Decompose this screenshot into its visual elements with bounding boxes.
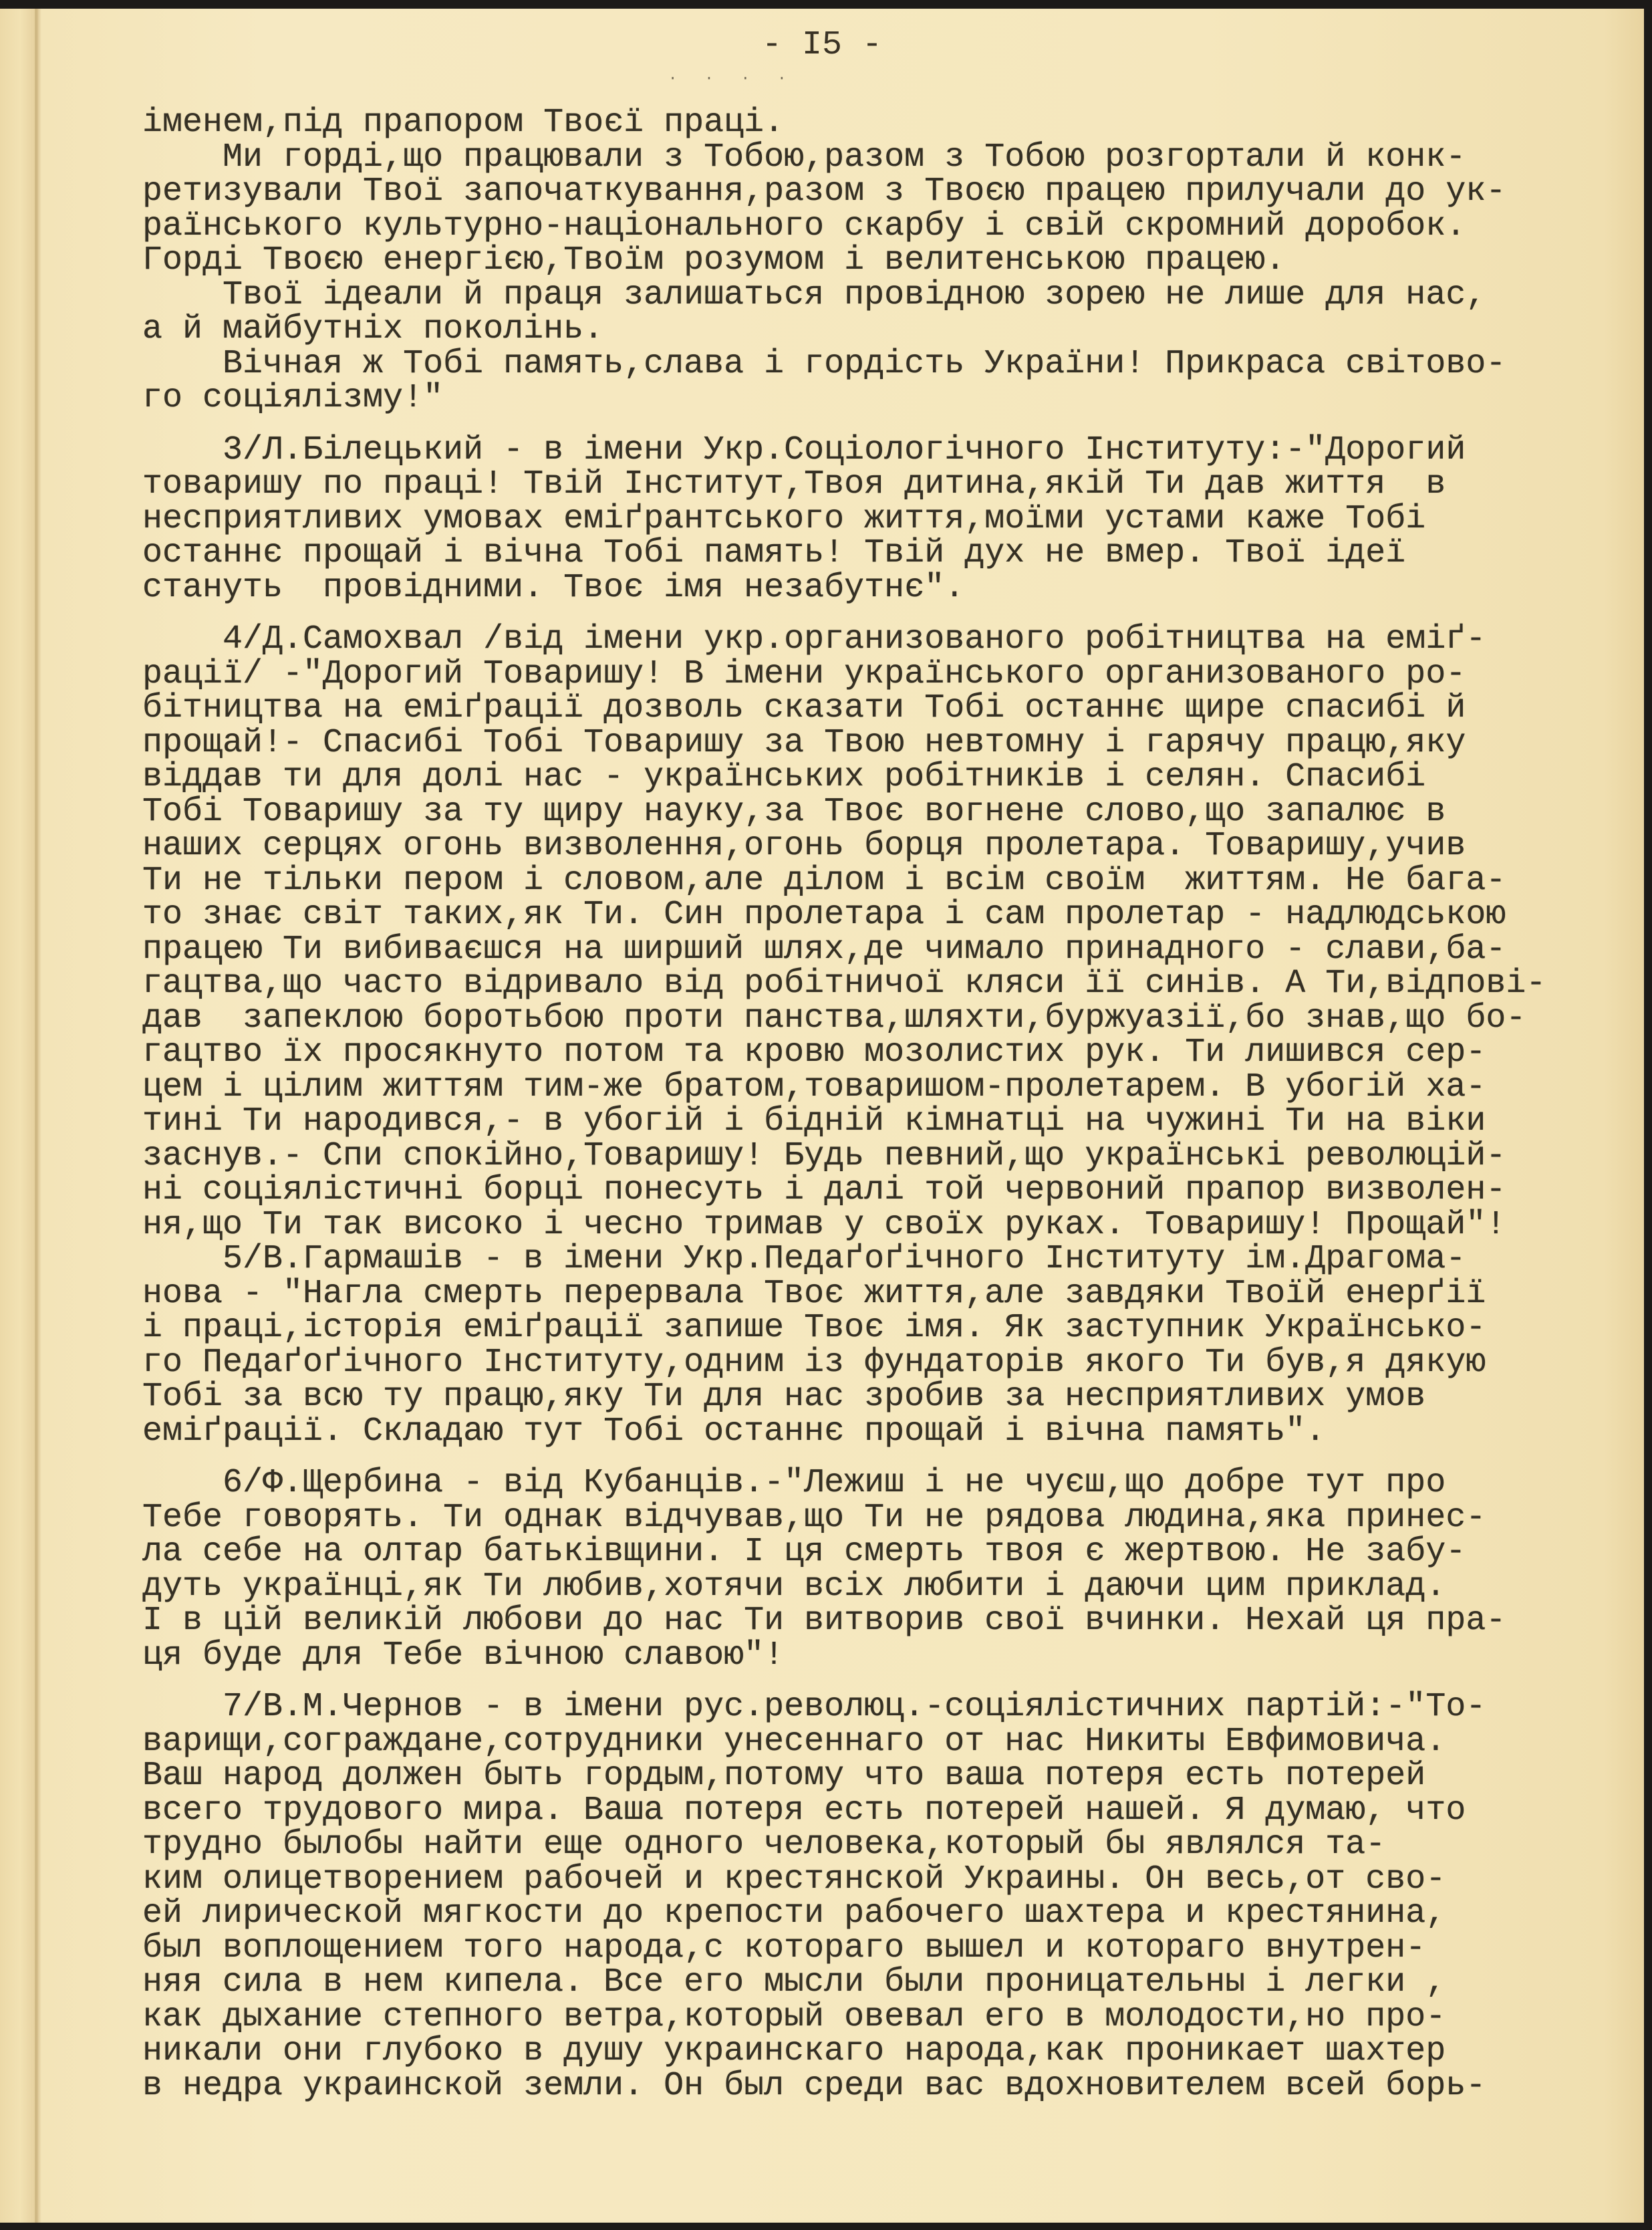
text-line: Тобі за всю ту працю,яку Ти для нас зроб… xyxy=(142,1380,1613,1414)
text-line: ця буде для Тебе вічною славою"! xyxy=(142,1638,1613,1673)
text-line: бітництва на еміґрації дозволь сказати Т… xyxy=(142,691,1613,726)
text-line: заснув.- Спи спокійно,Товаришу! Будь пев… xyxy=(142,1139,1613,1174)
text-line: дуть українці,як Ти любив,хотячи всіх лю… xyxy=(142,1570,1613,1604)
page-fold-line xyxy=(35,9,37,2223)
text-line: ким олицетворением рабочей и крестянской… xyxy=(142,1862,1613,1897)
paragraph: Вічная ж Тобі память,слава і гордість Ук… xyxy=(142,347,1613,416)
text-line: а й майбутніх поколінь. xyxy=(142,312,1613,347)
text-line: працею Ти вибиваєшся на ширший шлях,де ч… xyxy=(142,933,1613,967)
text-line: го Педаґоґічного Інституту,одним із фунд… xyxy=(142,1346,1613,1380)
text-line: то знає світ таких,як Ти. Син пролетара … xyxy=(142,898,1613,933)
paragraph: 6/Ф.Щербина - від Кубанців.-"Лежиш і не … xyxy=(142,1466,1613,1672)
text-line: ня,що Ти так високо і чесно тримав у сво… xyxy=(142,1208,1613,1243)
text-line: останнє прощай і вічна Тобі память! Твій… xyxy=(142,536,1613,571)
text-line: стануть провідними. Твоє імя незабутнє". xyxy=(142,571,1613,606)
paragraph: 3/Л.Білецький - в імени Укр.Соціологічно… xyxy=(142,433,1613,606)
paragraph: Ми горді,що працювали з Тобою,разом з То… xyxy=(142,140,1613,278)
text-line: как дыхание степного ветра,который овева… xyxy=(142,2000,1613,2035)
text-line: прощай!- Спасибі Тобі Товаришу за Твою н… xyxy=(142,726,1613,761)
text-line: 4/Д.Самохвал /від імени укр.организовано… xyxy=(142,622,1613,657)
ink-specks: · · · · xyxy=(668,70,795,87)
text-line: Ти не тільки пером і словом,але ділом і … xyxy=(142,864,1613,898)
text-line: 7/В.М.Чернов - в імени рус.революц.-соці… xyxy=(142,1690,1613,1725)
text-line: Тобі Товаришу за ту щиру науку,за Твоє в… xyxy=(142,795,1613,830)
text-line: еміґрації. Складаю тут Тобі останнє прощ… xyxy=(142,1414,1613,1449)
text-line: раїнського культурно-національного скарб… xyxy=(142,209,1613,244)
text-line: няя сила в нем кипела. Все его мысли был… xyxy=(142,1965,1613,2000)
text-line: ні соціялістичні борці понесуть і далі т… xyxy=(142,1173,1613,1208)
text-line: Твої ідеали й праця залишаться провідною… xyxy=(142,278,1613,313)
text-line: всего трудового мира. Ваша потеря есть п… xyxy=(142,1793,1613,1828)
text-line: Ваш народ должен быть гордым,потому что … xyxy=(142,1759,1613,1793)
text-line: рації/ -"Дорогий Товаришу! В імени украї… xyxy=(142,657,1613,692)
text-line: трудно былобы найти еще одного человека,… xyxy=(142,1828,1613,1862)
text-line: го соціялізму!" xyxy=(142,381,1613,416)
text-line: ей лирической мягкости до крепости рабоч… xyxy=(142,1896,1613,1931)
document-page: - I5 - · · · · іменем,під прапором Твоєї… xyxy=(0,9,1644,2223)
paragraph: іменем,під прапором Твоєї праці. xyxy=(142,106,1613,140)
text-line: 5/В.Гармашів - в імени Укр.Педаґоґічного… xyxy=(142,1242,1613,1277)
paragraph: 7/В.М.Чернов - в імени рус.революц.-соці… xyxy=(142,1690,1613,2103)
paragraph: 4/Д.Самохвал /від імени укр.организовано… xyxy=(142,622,1613,1242)
text-line: гацтва,що часто відривало від робітничої… xyxy=(142,967,1613,1001)
text-line: Ми горді,що працювали з Тобою,разом з То… xyxy=(142,140,1613,175)
text-line: никали они глубоко в душу украинскаго на… xyxy=(142,2034,1613,2069)
document-body: іменем,під прапором Твоєї праці. Ми горд… xyxy=(142,106,1613,2103)
text-line: был воплощением того народа,с котораго в… xyxy=(142,1931,1613,1966)
paragraph: 5/В.Гармашів - в імени Укр.Педаґоґічного… xyxy=(142,1242,1613,1449)
text-line: і праці,історія еміґрації запише Твоє ім… xyxy=(142,1311,1613,1346)
text-line: ла себе на олтар батьківщини. І ця смерт… xyxy=(142,1535,1613,1570)
text-line: ретизували Твої започаткування,разом з Т… xyxy=(142,174,1613,209)
text-line: нова - "Нагла смерть перервала Твоє житт… xyxy=(142,1277,1613,1312)
page-number: - I5 - xyxy=(0,29,1644,62)
text-line: тині Ти народився,- в убогій і бідній кі… xyxy=(142,1104,1613,1139)
text-line: І в цій великій любови до нас Ти витвори… xyxy=(142,1604,1613,1638)
text-line: 6/Ф.Щербина - від Кубанців.-"Лежиш і не … xyxy=(142,1466,1613,1501)
text-line: цем і цілим життям тим-же братом,товариш… xyxy=(142,1070,1613,1105)
text-line: віддав ти для долі нас - українських роб… xyxy=(142,760,1613,795)
text-line: Горді Твоєю енергією,Твоїм розумом і вел… xyxy=(142,243,1613,278)
text-line: дав запеклою боротьбою проти панства,шля… xyxy=(142,1001,1613,1036)
text-line: Тебе говорять. Ти однак відчував,що Ти н… xyxy=(142,1501,1613,1535)
text-line: наших серцях огонь визволення,огонь борц… xyxy=(142,829,1613,864)
text-line: товаришу по праці! Твій Інститут,Твоя ди… xyxy=(142,467,1613,502)
text-line: 3/Л.Білецький - в імени Укр.Соціологічно… xyxy=(142,433,1613,468)
text-line: гацтво їх просякнуто потом та кровю мозо… xyxy=(142,1035,1613,1070)
paragraph: Твої ідеали й праця залишаться провідною… xyxy=(142,278,1613,347)
text-line: несприятливих умовах еміґрантського житт… xyxy=(142,502,1613,537)
text-line: в недра украинской земли. Он был среди в… xyxy=(142,2069,1613,2104)
text-line: іменем,під прапором Твоєї праці. xyxy=(142,106,1613,140)
text-line: варищи,сограждане,сотрудники унесеннаго … xyxy=(142,1725,1613,1759)
text-line: Вічная ж Тобі память,слава і гордість Ук… xyxy=(142,347,1613,382)
